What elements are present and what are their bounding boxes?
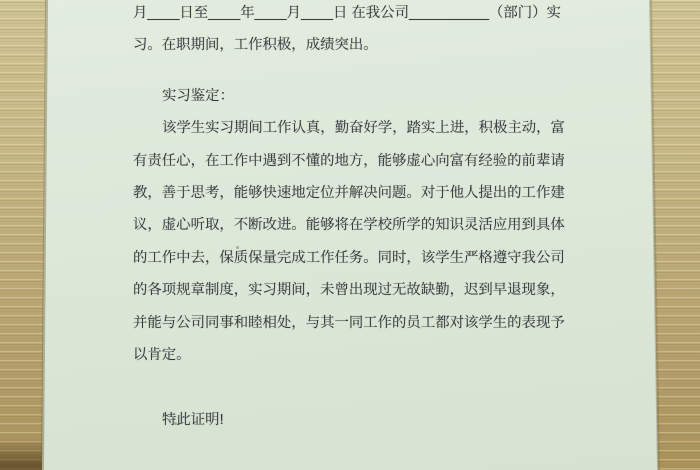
text-line-body-2: 有责任心，在工作中遇到不懂的地方，能够虚心向富有经验的前辈请 bbox=[133, 145, 578, 177]
text-line-body-1: 该学生实习期间工作认真，勤奋好学，踏实上进，积极主动，富 bbox=[133, 112, 578, 144]
desk-shadow bbox=[0, 438, 46, 470]
text-line-appraisal-title: 实习鉴定： bbox=[133, 80, 578, 112]
text-line-body-6: 的各项规章制度，实习期间，未曾出现过无故缺勤，迟到早退现象， bbox=[133, 274, 578, 306]
document-text: 月____日至____年____月____日 在我公司__________（部门… bbox=[133, 0, 578, 436]
text-line-body-5: 的工作中去，保质保量完成工作任务。同时，该学生严格遵守我公司 bbox=[133, 242, 578, 274]
photo-of-document: 月____日至____年____月____日 在我公司__________（部门… bbox=[0, 0, 700, 470]
text-line-body-8: 以肯定。 bbox=[133, 339, 578, 371]
text-line-body-4: 议，虚心听取，不断改进。能够将在学校所学的知识灵活应用到具体 bbox=[133, 209, 578, 241]
paper-speck bbox=[173, 422, 177, 425]
text-line-body-7: 并能与公司同事和睦相处，与其一同工作的员工都对该学生的表现予 bbox=[133, 307, 578, 339]
paper-speck bbox=[236, 246, 239, 249]
text-line-certify: 特此证明! bbox=[133, 404, 578, 436]
text-line-body-3: 教，善于思考，能够快速地定位并解决问题。对于他人提出的工作建 bbox=[133, 177, 578, 209]
text-line-dates-blank: 月____日至____年____月____日 在我公司__________（部门… bbox=[133, 0, 578, 29]
text-line-intern-summary: 习。在职期间，工作积极，成绩突出。 bbox=[133, 29, 578, 61]
